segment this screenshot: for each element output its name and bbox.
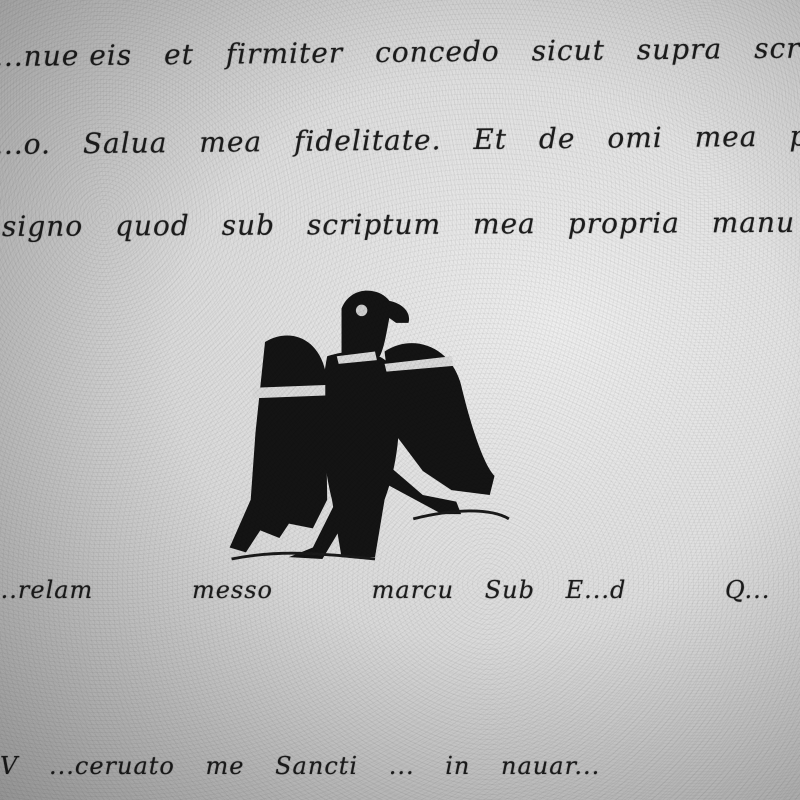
word: quod: [115, 209, 190, 242]
word: propria: [568, 206, 680, 240]
word: scriptum: [307, 208, 441, 242]
word: Q...: [725, 576, 770, 604]
word: Sub: [485, 576, 535, 604]
text-line-1: ...nue eis et firmiter concedo sicut sup…: [0, 29, 800, 73]
word: omi: [607, 121, 663, 155]
word: nauar...: [501, 752, 600, 780]
text-line-2: ...o. Salua mea fidelitate. Et de omi me…: [0, 117, 800, 161]
word: ...relam: [0, 576, 93, 604]
text-line-5: V ...ceruato me Sancti ... in nauar...: [0, 752, 622, 780]
word: Sancti: [275, 752, 358, 780]
word: posteritate.: [789, 118, 800, 153]
word: sicut: [531, 34, 605, 68]
word: Salua: [83, 126, 168, 160]
text-line-4: ...relam messo marcu Sub E...d Q...: [0, 576, 792, 604]
word: mea: [694, 120, 757, 154]
word: ...nue eis: [0, 39, 132, 73]
eagle-illustration: [222, 278, 528, 578]
manuscript-page: ...nue eis et firmiter concedo sicut sup…: [0, 0, 800, 800]
word: concedo: [375, 35, 500, 69]
word: messo: [192, 576, 273, 604]
word: ...o.: [0, 127, 51, 161]
word: me: [206, 752, 245, 780]
word: in: [445, 752, 470, 780]
word: V: [0, 752, 18, 780]
word: fidelitate.: [294, 123, 442, 158]
word: mea: [473, 207, 536, 240]
word: signo: [2, 210, 83, 243]
word: scriptum: [754, 31, 800, 65]
word: E...d: [566, 576, 627, 604]
word: firmiter: [226, 36, 344, 70]
word: supra: [637, 32, 723, 66]
text-line-3: signo quod sub scriptum mea propria manu…: [2, 203, 800, 243]
word: de: [539, 122, 576, 155]
word: marcu: [372, 576, 454, 604]
word: Et: [473, 123, 507, 156]
word: manu: [712, 206, 795, 239]
word: ...: [389, 752, 415, 780]
word: et: [164, 38, 194, 71]
word: ...ceruato: [49, 752, 175, 780]
word: mea: [199, 125, 262, 159]
word: sub: [222, 209, 276, 242]
